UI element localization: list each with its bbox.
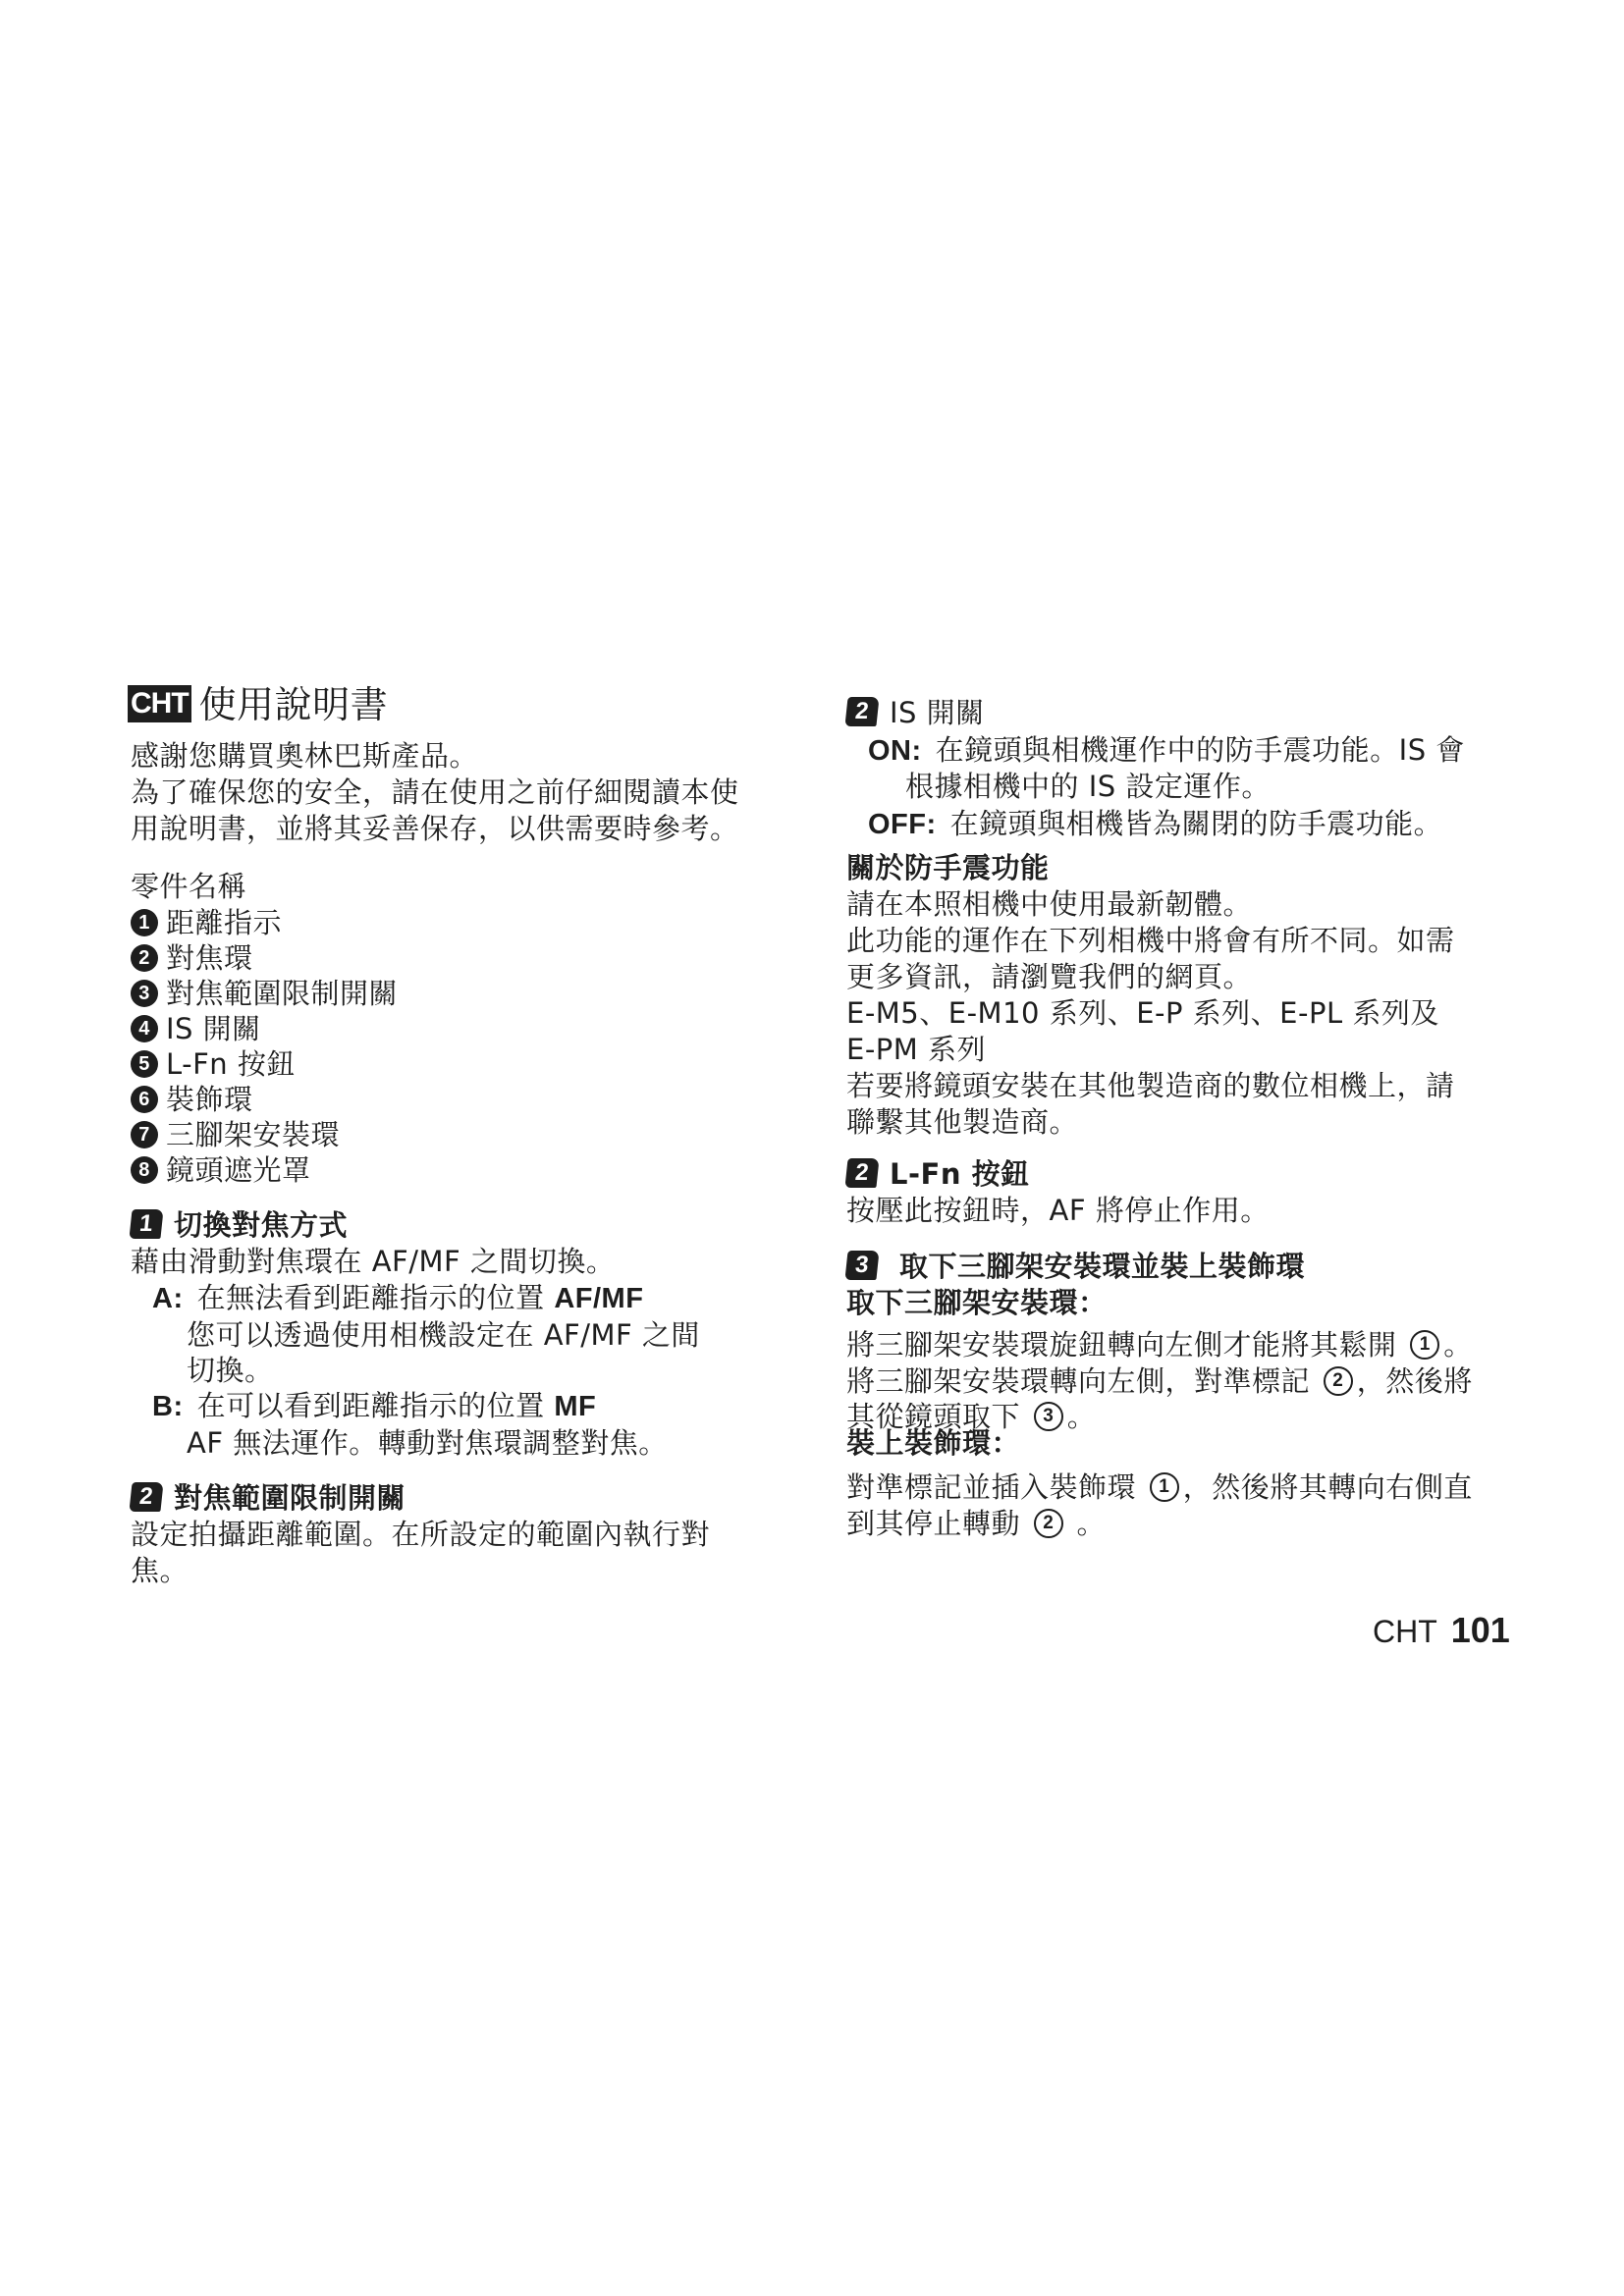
option-b-key: B: (152, 1389, 184, 1424)
remove-text: 。 (1443, 1328, 1473, 1362)
mark-2-icon: 2 (1324, 1366, 1353, 1396)
attach-step: 對準標記並插入裝飾環 1，然後將其轉向右側直 (846, 1469, 1473, 1505)
page-footer: CHT101 (1373, 1610, 1510, 1651)
mark-3-icon: 3 (1034, 1402, 1063, 1431)
is-off-text: 在鏡頭與相機皆為關閉的防手震功能。 (950, 807, 1443, 840)
intro-line: 為了確保您的安全，請在使用之前仔細閱讀本使 (131, 774, 739, 810)
part-label: 鏡頭遮光罩 (166, 1153, 311, 1187)
remove-step: 將三腳架安裝環旋鈕轉向左側才能將其鬆開 1。 (846, 1327, 1473, 1362)
part-item: 8鏡頭遮光罩 (131, 1152, 311, 1188)
about-is-line: E-M5、E-M10 系列、E-P 系列、E-PL 系列及 (846, 995, 1439, 1031)
step-2-icon: 2 (844, 1158, 879, 1188)
is-switch-heading: 2IS 開關 (846, 695, 985, 730)
parts-heading: 零件名稱 (131, 869, 246, 904)
part-item: 5L-Fn 按鈕 (131, 1046, 296, 1082)
step2-range-heading: 2對焦範圍限制開關 (131, 1480, 406, 1516)
option-a: A:在無法看到距離指示的位置 AF/MF (152, 1280, 643, 1316)
is-on: ON:在鏡頭與相機運作中的防手震功能。IS 會 (868, 732, 1465, 769)
part-item: 6裝飾環 (131, 1082, 253, 1117)
part-item: 7三腳架安裝環 (131, 1117, 340, 1152)
part-label: 對焦環 (166, 941, 253, 975)
step2-range-body: 焦。 (131, 1553, 189, 1588)
lfn-heading-text: L-Fn 按鈕 (890, 1157, 1030, 1191)
number-8-icon: 8 (131, 1156, 158, 1184)
option-b-mode: MF (554, 1391, 596, 1422)
about-is-line: E-PM 系列 (846, 1032, 986, 1067)
number-4-icon: 4 (131, 1015, 158, 1042)
step1-heading-text: 切換對焦方式 (174, 1208, 348, 1242)
about-is-line: 若要將鏡頭安裝在其他製造商的數位相機上，請 (846, 1068, 1455, 1103)
remove-heading: 取下三腳架安裝環： (846, 1285, 1108, 1320)
intro-line: 用說明書，並將其妥善保存，以供需要時參考。 (131, 811, 739, 846)
remove-text: 將三腳架安裝環旋鈕轉向左側才能將其鬆開 (846, 1328, 1397, 1362)
part-label: 對焦範圍限制開關 (166, 977, 398, 1010)
step-2-icon: 2 (844, 697, 879, 726)
mark-1-icon: 1 (1150, 1472, 1179, 1502)
part-item: 2對焦環 (131, 940, 253, 976)
option-b-desc: AF 無法運作。轉動對焦環調整對焦。 (187, 1425, 668, 1461)
page-title: CHT使用說明書 (128, 683, 388, 726)
attach-text: 到其停止轉動 (846, 1507, 1020, 1540)
is-on-text: 在鏡頭與相機運作中的防手震功能。IS 會 (936, 733, 1465, 767)
is-off: OFF:在鏡頭與相機皆為關閉的防手震功能。 (868, 806, 1442, 842)
part-item: 4IS 開關 (131, 1011, 261, 1046)
part-label: 裝飾環 (166, 1083, 253, 1116)
part-item: 3對焦範圍限制開關 (131, 976, 398, 1011)
step3-heading-text: 取下三腳架安裝環並裝上裝飾環 (899, 1250, 1305, 1283)
part-label: L-Fn 按鈕 (166, 1047, 296, 1081)
number-7-icon: 7 (131, 1121, 158, 1148)
is-switch-heading-text: IS 開關 (890, 696, 985, 729)
is-on-text-cont: 根據相機中的 IS 設定運作。 (905, 769, 1271, 804)
is-on-key: ON: (868, 733, 922, 769)
step3-heading: 3取下三腳架安裝環並裝上裝飾環 (846, 1249, 1305, 1284)
page-number: 101 (1451, 1610, 1510, 1650)
option-b-text: 在可以看到距離指示的位置 (197, 1389, 545, 1422)
step1-body: 藉由滑動對焦環在 AF/MF 之間切換。 (131, 1244, 615, 1279)
about-is-line: 請在本照相機中使用最新韌體。 (846, 886, 1252, 922)
remove-step: 將三腳架安裝環轉向左側，對準標記 2，然後將 (846, 1363, 1473, 1399)
lfn-heading: 2L-Fn 按鈕 (846, 1156, 1030, 1192)
step2-range-heading-text: 對焦範圍限制開關 (174, 1481, 406, 1515)
footer-lang: CHT (1373, 1614, 1437, 1649)
mark-1-icon: 1 (1410, 1330, 1439, 1360)
language-badge: CHT (128, 685, 191, 722)
attach-text: ，然後將其轉向右側直 (1183, 1470, 1473, 1504)
number-2-icon: 2 (131, 944, 158, 972)
number-3-icon: 3 (131, 980, 158, 1007)
option-a-desc: 切換。 (187, 1353, 274, 1388)
intro-line: 感謝您購買奧林巴斯產品。 (131, 738, 478, 774)
option-a-desc: 您可以透過使用相機設定在 AF/MF 之間 (187, 1317, 700, 1353)
number-5-icon: 5 (131, 1050, 158, 1078)
step-3-icon: 3 (844, 1251, 879, 1280)
step-2-icon: 2 (129, 1482, 163, 1512)
part-label: 三腳架安裝環 (166, 1118, 340, 1151)
about-is-line: 聯繫其他製造商。 (846, 1104, 1078, 1140)
mark-2-icon: 2 (1034, 1509, 1063, 1538)
remove-text: 。 (1067, 1400, 1097, 1433)
option-b: B:在可以看到距離指示的位置 MF (152, 1388, 596, 1424)
remove-text: ，然後將 (1357, 1364, 1473, 1398)
part-label: IS 開關 (166, 1012, 261, 1045)
option-a-mode: AF/MF (554, 1283, 643, 1314)
remove-text: 將三腳架安裝環轉向左側，對準標記 (846, 1364, 1310, 1398)
attach-step: 到其停止轉動 2 。 (846, 1506, 1106, 1541)
about-is-line: 此功能的運作在下列相機中將會有所不同。如需 (846, 923, 1455, 958)
about-is-line: 更多資訊，請瀏覽我們的網頁。 (846, 959, 1252, 994)
is-off-key: OFF: (868, 807, 937, 842)
step1-heading: 1切換對焦方式 (131, 1207, 348, 1243)
part-label: 距離指示 (166, 906, 282, 939)
lfn-body: 按壓此按鈕時，AF 將停止作用。 (846, 1193, 1270, 1228)
number-6-icon: 6 (131, 1086, 158, 1113)
option-a-text: 在無法看到距離指示的位置 (197, 1281, 545, 1314)
part-item: 1距離指示 (131, 905, 282, 940)
title-text: 使用說明書 (199, 683, 389, 726)
attach-text: 對準標記並插入裝飾環 (846, 1470, 1136, 1504)
attach-text: 。 (1067, 1507, 1106, 1540)
number-1-icon: 1 (131, 909, 158, 936)
step-1-icon: 1 (129, 1209, 163, 1239)
step2-range-body: 設定拍攝距離範圍。在所設定的範圍內執行對 (131, 1517, 710, 1552)
attach-heading: 裝上裝飾環： (846, 1425, 1020, 1461)
about-is-heading: 關於防手震功能 (846, 850, 1050, 885)
option-a-key: A: (152, 1281, 184, 1316)
